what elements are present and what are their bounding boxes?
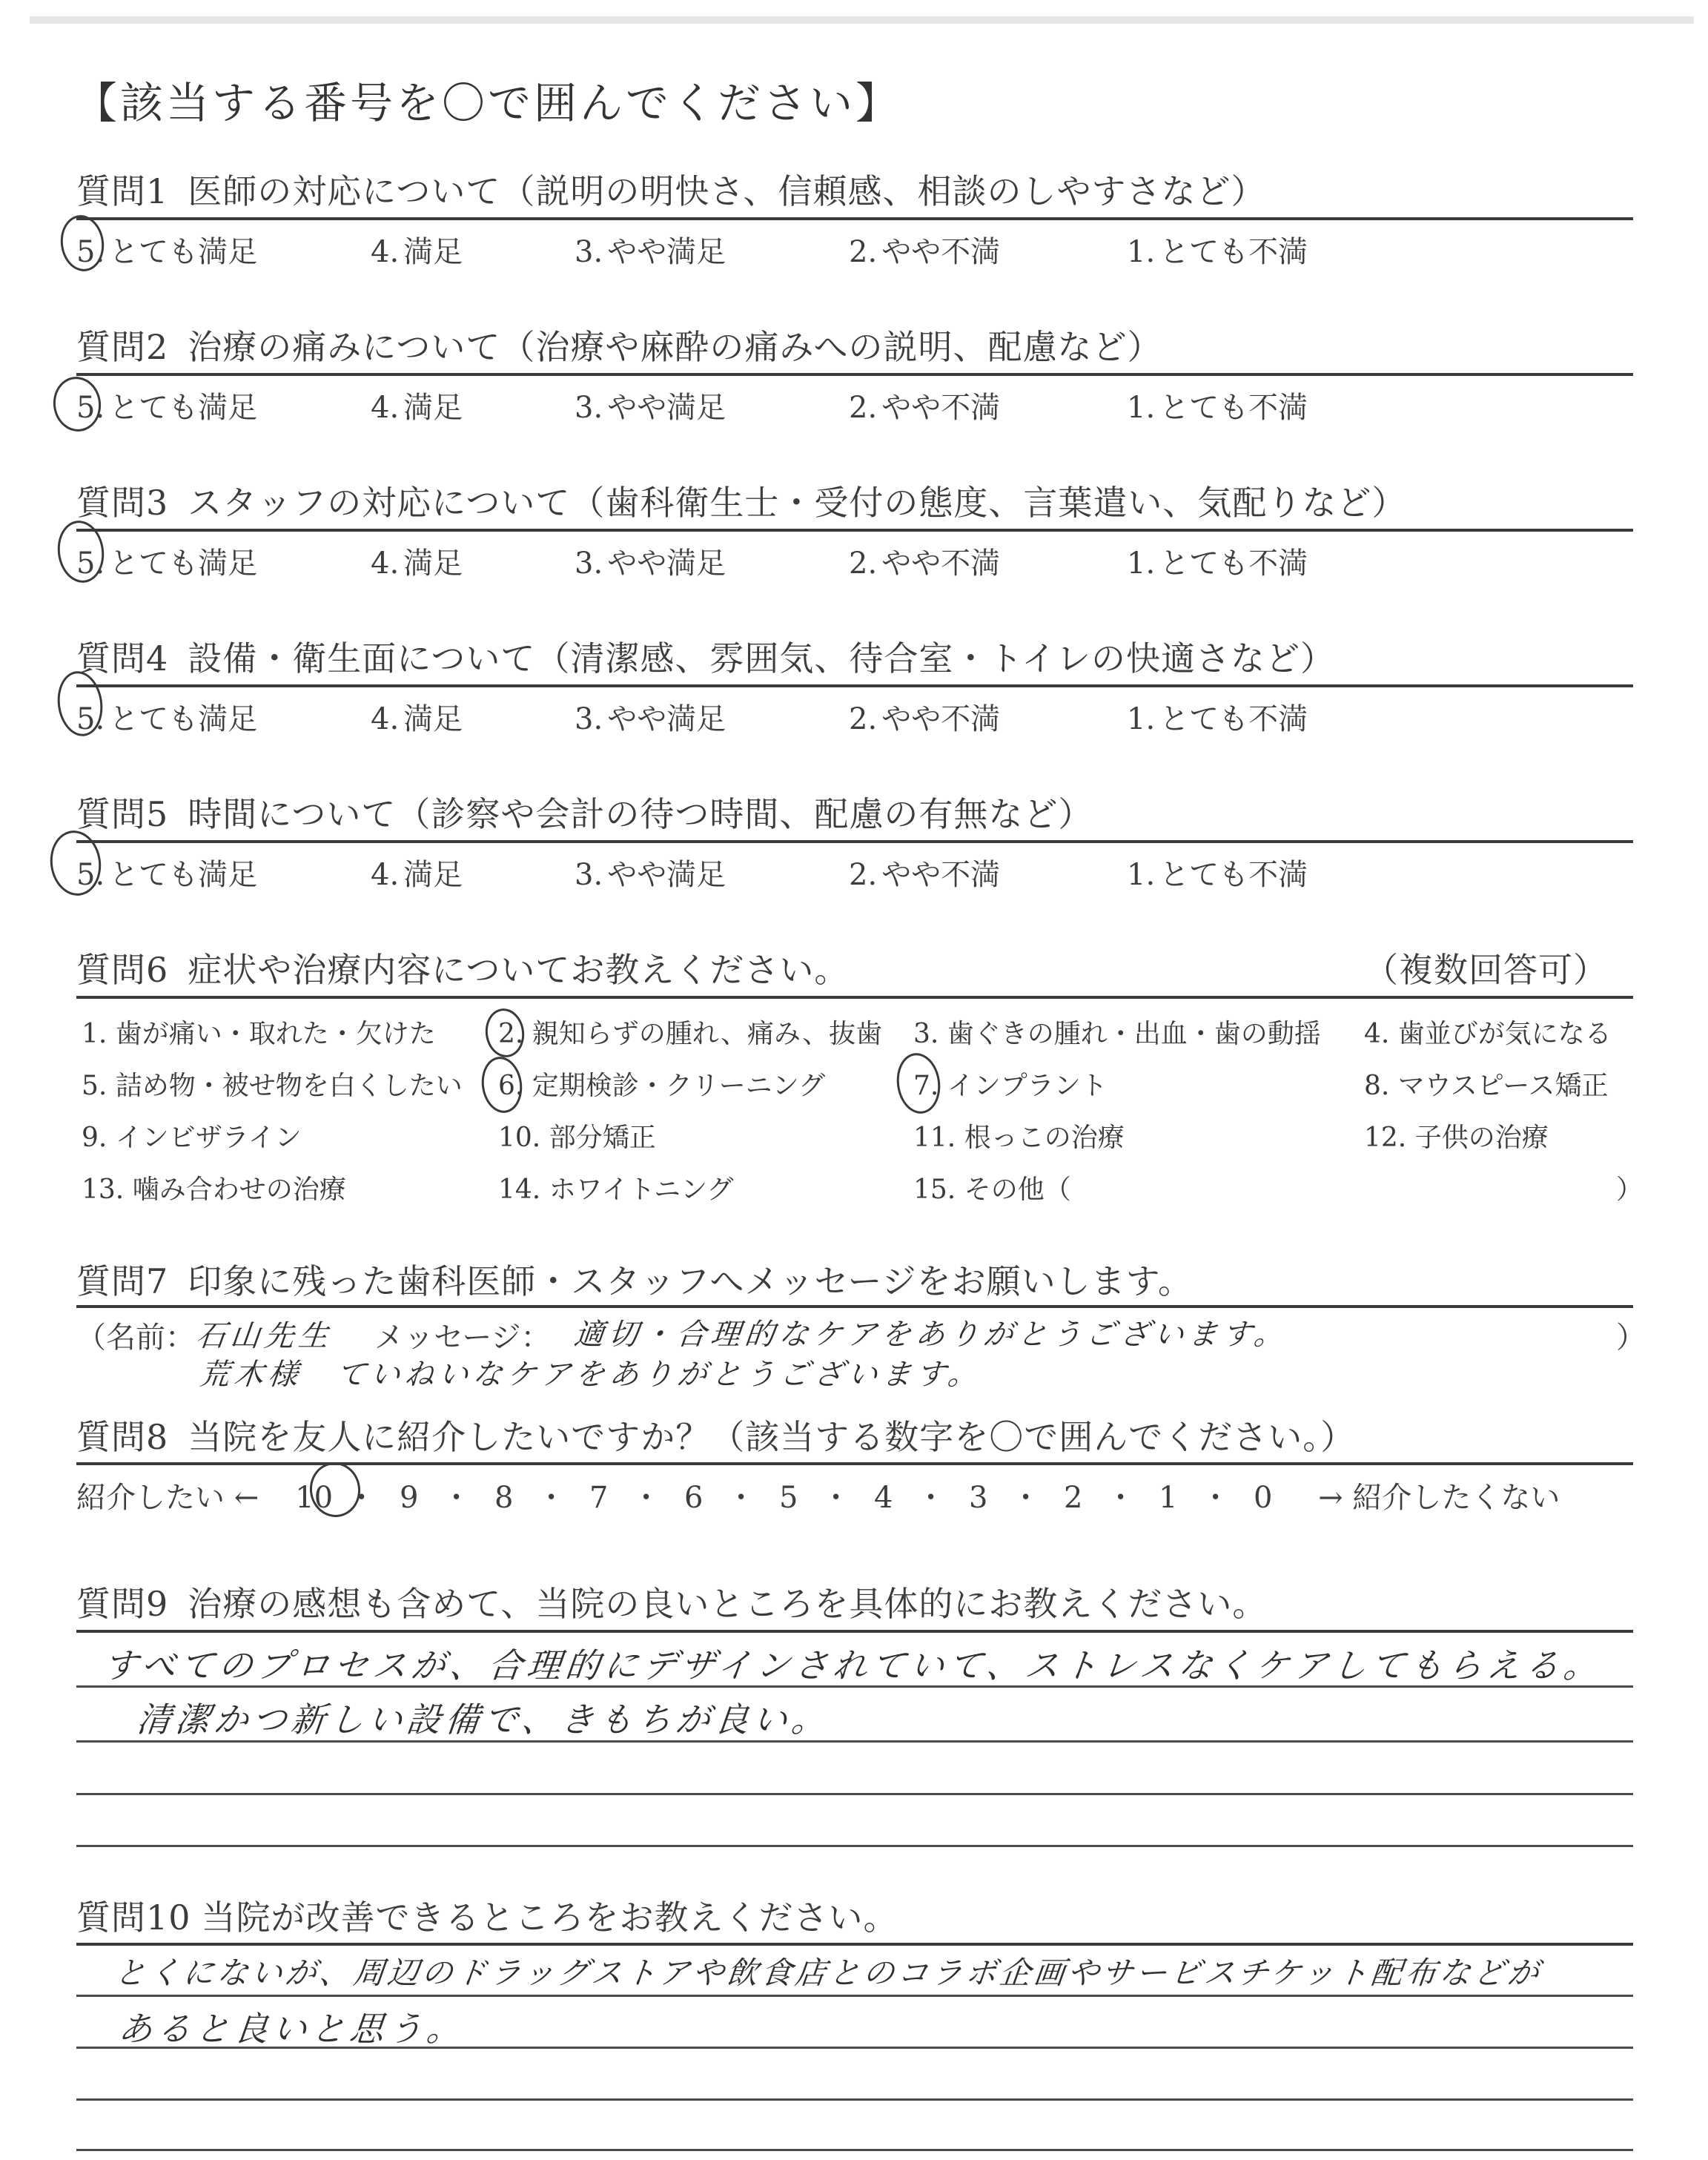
- scale-value-4[interactable]: 4: [861, 1481, 907, 1515]
- option-3[interactable]: 3.やや満足: [575, 696, 726, 738]
- message-close-paren: ）: [1616, 1314, 1646, 1356]
- scale-value-1[interactable]: 1: [1145, 1481, 1191, 1515]
- page-title: 【該当する番号を〇で囲んでください】: [74, 68, 901, 131]
- option-1[interactable]: 1.とても不満: [1127, 384, 1308, 426]
- divider: [76, 996, 1633, 999]
- question-number: 質問9: [76, 1584, 168, 1624]
- question-text: 当院を友人に紹介したいですか？（該当する数字を〇で囲んでください。）: [188, 1417, 1355, 1457]
- symptom-item-13[interactable]: 13. 噛み合わせの治療: [82, 1169, 346, 1206]
- symptom-item-2[interactable]: 2. 親知らずの腫れ、痛み、抜歯: [498, 1013, 882, 1051]
- multiple-answers-note: （複数回答可）: [1364, 943, 1608, 992]
- option-1[interactable]: 1.とても不満: [1127, 851, 1308, 894]
- symptom-item-15-other[interactable]: 15. その他（: [913, 1169, 1071, 1206]
- question-text: スタッフの対応について（歯科衛生士・受付の態度、言葉遣い、気配りなど）: [188, 483, 1406, 523]
- question-text: 当院が改善できるところをお教えください。: [202, 1898, 898, 1938]
- question-9-header: 質問9治療の感想も含めて、当院の良いところを具体的にお教えください。: [76, 1577, 1267, 1626]
- staff-name-field[interactable]: 石山先生: [194, 1312, 335, 1355]
- option-1[interactable]: 1.とても不満: [1127, 228, 1308, 271]
- symptom-item-5[interactable]: 5. 詰め物・被せ物を白くしたい: [82, 1065, 463, 1103]
- divider: [76, 684, 1633, 687]
- question-text: 設備・衛生面について（清潔感、雰囲気、待合室・トイレの快適さなど）: [188, 638, 1335, 678]
- question-number: 質問8: [76, 1417, 168, 1457]
- scale-value-3[interactable]: 3: [956, 1481, 1002, 1515]
- message-line-1[interactable]: 適切・合理的なケアをありがとうございます。: [572, 1311, 1291, 1353]
- answer-line: [76, 1995, 1633, 1997]
- message-line-2[interactable]: 荒木様 ていねいなケアをありがとうございます。: [198, 1351, 984, 1393]
- question-2-header: 質問2治療の痛みについて（治療や麻酔の痛みへの説明、配慮など）: [76, 320, 1162, 369]
- scale-value-0[interactable]: 0: [1240, 1481, 1286, 1515]
- question-number: 質問6: [76, 950, 168, 990]
- question-text: 医師の対応について（説明の明快さ、信頼感、相談のしやすさなど）: [188, 171, 1265, 211]
- question-6-header: 質問6症状や治療内容についてお教えください。: [76, 943, 849, 992]
- answer-line: [76, 1630, 1633, 1633]
- scale-value-2[interactable]: 2: [1050, 1481, 1096, 1515]
- symptom-item-8[interactable]: 8. マウスピース矯正: [1364, 1065, 1608, 1103]
- improvement-answer-line-2[interactable]: あると良いと思う。: [116, 2002, 469, 2051]
- symptom-item-4[interactable]: 4. 歯並びが気になる: [1364, 1013, 1612, 1051]
- option-5[interactable]: 5.とても満足: [76, 851, 257, 894]
- option-1[interactable]: 1.とても不満: [1127, 696, 1308, 738]
- scale-value-5[interactable]: 5: [766, 1481, 812, 1515]
- answer-line: [76, 1943, 1633, 1946]
- divider: [76, 217, 1633, 220]
- option-4[interactable]: 4.満足: [371, 696, 463, 738]
- other-close-paren: ）: [1616, 1169, 1643, 1206]
- answer-line: [76, 1845, 1633, 1847]
- recommendation-scale: 紹介したい ← 10・9・8・7・6・5・4・3・2・1・0 → 紹介したくない: [76, 1474, 1560, 1516]
- scale-value-9[interactable]: 9: [386, 1481, 432, 1515]
- option-2[interactable]: 2.やや不満: [849, 384, 1000, 426]
- option-1[interactable]: 1.とても不満: [1127, 540, 1308, 582]
- question-7-header: 質問7印象に残った歯科医師・スタッフへメッセージをお願いします。: [76, 1255, 1193, 1304]
- scale-right-label: → 紹介したくない: [1318, 1481, 1560, 1515]
- question-10-header: 質問10当院が改善できるところをお教えください。: [76, 1891, 898, 1940]
- answer-line: [76, 2149, 1633, 2151]
- symptom-item-1[interactable]: 1. 歯が痛い・取れた・欠けた: [82, 1013, 436, 1051]
- question-number: 質問1: [76, 171, 168, 211]
- option-2[interactable]: 2.やや不満: [849, 851, 1000, 894]
- message-label: メッセージ：: [374, 1314, 551, 1356]
- symptom-item-14[interactable]: 14. ホワイトニング: [498, 1169, 733, 1206]
- question-number: 質問5: [76, 794, 168, 834]
- good-points-answer-line-2[interactable]: 清潔かつ新しい設備で、きもちが良い。: [135, 1693, 833, 1742]
- good-points-answer-line-1[interactable]: すべてのプロセスが、合理的にデザインされていて、ストレスなくケアしてもらえる。: [102, 1639, 1605, 1688]
- scan-top-edge: [30, 16, 1694, 24]
- option-3[interactable]: 3.やや満足: [575, 228, 726, 271]
- question-number: 質問7: [76, 1261, 168, 1301]
- answer-line: [76, 2098, 1633, 2101]
- question-1-header: 質問1医師の対応について（説明の明快さ、信頼感、相談のしやすさなど）: [76, 165, 1266, 214]
- symptom-item-3[interactable]: 3. 歯ぐきの腫れ・出血・歯の動揺: [913, 1013, 1321, 1051]
- symptom-item-12[interactable]: 12. 子供の治療: [1364, 1117, 1549, 1155]
- question-number: 質問10: [76, 1898, 191, 1938]
- divider: [76, 529, 1633, 532]
- symptom-item-7[interactable]: 7. インプラント: [913, 1065, 1108, 1103]
- divider: [76, 1462, 1633, 1465]
- option-4[interactable]: 4.満足: [371, 384, 463, 426]
- scale-value-7[interactable]: 7: [576, 1481, 622, 1515]
- name-label: （名前：: [76, 1314, 195, 1356]
- option-4[interactable]: 4.満足: [371, 851, 463, 894]
- answer-line: [76, 1793, 1633, 1795]
- question-text: 治療の感想も含めて、当院の良いところを具体的にお教えください。: [188, 1584, 1267, 1624]
- question-4-header: 質問4設備・衛生面について（清潔感、雰囲気、待合室・トイレの快適さなど）: [76, 632, 1335, 681]
- scale-value-6[interactable]: 6: [671, 1481, 717, 1515]
- symptom-item-10[interactable]: 10. 部分矯正: [498, 1117, 656, 1155]
- option-5[interactable]: 5.とても満足: [76, 384, 257, 426]
- symptom-item-9[interactable]: 9. インビザライン: [82, 1117, 302, 1155]
- option-5[interactable]: 5.とても満足: [76, 696, 257, 738]
- question-text: 症状や治療内容についてお教えください。: [188, 950, 849, 990]
- option-3[interactable]: 3.やや満足: [575, 384, 726, 426]
- option-5[interactable]: 5.とても満足: [76, 228, 257, 271]
- improvement-answer-line-1[interactable]: とくにないが、周辺のドラッグストアや飲食店とのコラボ企画やサービスチケット配布な…: [113, 1949, 1544, 1993]
- question-3-header: 質問3スタッフの対応について（歯科衛生士・受付の態度、言葉遣い、気配りなど）: [76, 476, 1406, 525]
- symptom-item-11[interactable]: 11. 根っこの治療: [913, 1117, 1125, 1155]
- option-2[interactable]: 2.やや不満: [849, 228, 1000, 271]
- scale-value-10[interactable]: 10: [291, 1481, 337, 1515]
- divider: [76, 1305, 1633, 1308]
- scale-value-8[interactable]: 8: [481, 1481, 527, 1515]
- question-text: 治療の痛みについて（治療や麻酔の痛みへの説明、配慮など）: [188, 327, 1162, 367]
- option-5[interactable]: 5.とても満足: [76, 540, 257, 582]
- option-3[interactable]: 3.やや満足: [575, 851, 726, 894]
- question-text: 印象に残った歯科医師・スタッフへメッセージをお願いします。: [188, 1261, 1193, 1301]
- divider: [76, 373, 1633, 376]
- scale-left-label: 紹介したい ←: [76, 1481, 259, 1515]
- question-number: 質問2: [76, 327, 168, 367]
- option-2[interactable]: 2.やや不満: [849, 540, 1000, 582]
- question-text: 時間について（診察や会計の待つ時間、配慮の有無など）: [188, 794, 1093, 834]
- divider: [76, 840, 1633, 843]
- question-8-header: 質問8当院を友人に紹介したいですか？（該当する数字を〇で囲んでください。）: [76, 1410, 1355, 1459]
- option-4[interactable]: 4.満足: [371, 540, 463, 582]
- option-2[interactable]: 2.やや不満: [849, 696, 1000, 738]
- question-number: 質問4: [76, 638, 168, 678]
- option-3[interactable]: 3.やや満足: [575, 540, 726, 582]
- question-number: 質問3: [76, 483, 168, 523]
- question-5-header: 質問5時間について（診察や会計の待つ時間、配慮の有無など）: [76, 787, 1093, 836]
- option-4[interactable]: 4.満足: [371, 228, 463, 271]
- symptom-item-6[interactable]: 6. 定期検診・クリーニング: [498, 1065, 825, 1103]
